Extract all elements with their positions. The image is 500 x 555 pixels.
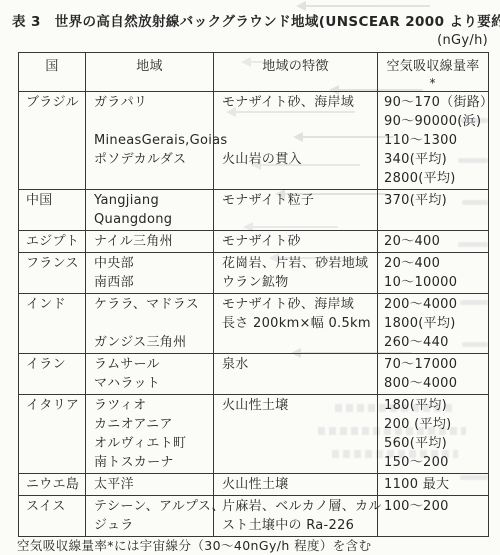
col-header-dose-asterisk: *: [378, 76, 488, 91]
value-cell: 90～170（街路）90～90000(浜)110～1300340(平均)2800…: [378, 92, 489, 190]
country-cell: 中国: [19, 190, 86, 231]
table-row: フランス中央部南西部花崗岩、片岩、砂岩地域ウラン鉱物20～40010～10000: [19, 253, 489, 294]
region-cell: ガラパリ MineasGerais,Goiasポソデカルダス: [86, 92, 214, 190]
country-cell: インド: [19, 294, 86, 354]
cell-line: [222, 333, 375, 352]
feature-cell: 火山性土壌: [214, 395, 378, 474]
footnote: 空気吸収線量率*には宇宙線分（30～40nGy/h 程度）を含む: [17, 536, 371, 554]
cell-line: イタリア: [26, 396, 83, 415]
cell-line: ラツィオ: [94, 396, 211, 415]
cell-line: インド: [26, 295, 83, 314]
cell-line: カニオアニア: [94, 415, 211, 434]
value-cell: 100～200: [378, 496, 489, 537]
cell-line: テシーン、アルプス、: [94, 497, 211, 516]
cell-line: ニウエ島: [26, 475, 83, 494]
cell-line: モナザイト砂、海岸域: [222, 93, 375, 112]
cell-line: 800～4000: [384, 374, 486, 393]
cell-line: マハラット: [94, 374, 211, 393]
cell-line: ブラジル: [26, 93, 83, 112]
cell-line: Quangdong: [94, 210, 211, 229]
cell-line: 花崗岩、片岩、砂岩地域: [222, 254, 375, 273]
value-cell: 70～17000800～4000: [378, 354, 489, 395]
table-row: ブラジルガラパリ MineasGerais,Goiasポソデカルダス モナザイト…: [19, 92, 489, 190]
header-row: 国 地域 地域の特徴 空気吸収線量率 *: [19, 53, 489, 92]
cell-line: 20～400: [384, 232, 486, 251]
value-cell: 200～40001800(平均)260～440: [378, 294, 489, 354]
cell-line: [222, 434, 375, 453]
cell-line: [94, 112, 211, 131]
cell-line: エジプト: [26, 232, 83, 251]
cell-line: [222, 131, 375, 150]
cell-line: ジュラ: [94, 516, 211, 535]
radiation-table: 国 地域 地域の特徴 空気吸収線量率 * ブラジルガラパリ MineasGera…: [18, 52, 489, 537]
cell-line: スイス: [26, 497, 83, 516]
country-cell: イタリア: [19, 395, 86, 474]
col-header-region: 地域: [86, 53, 214, 92]
cell-line: [384, 210, 486, 229]
country-cell: エジプト: [19, 231, 86, 253]
cell-line: [222, 453, 375, 472]
region-cell: 中央部南西部: [86, 253, 214, 294]
cell-line: [384, 516, 486, 535]
cell-line: ケララ、マドラス: [94, 295, 211, 314]
cell-line: ラムサール: [94, 355, 211, 374]
feature-cell: 火山性土壌: [214, 474, 378, 496]
value-cell: 370(平均): [378, 190, 489, 231]
unit-label: (nGy/h): [18, 33, 488, 48]
country-cell: フランス: [19, 253, 86, 294]
feature-cell: モナザイト砂、海岸域長さ 200km×幅 0.5km: [214, 294, 378, 354]
cell-line: 200 (平均): [384, 415, 486, 434]
cell-line: 南西部: [94, 273, 211, 292]
feature-cell: 片麻岩、ベルカノ層、カルスト土壌中の Ra-226: [214, 496, 378, 537]
feature-cell: モナザイト砂: [214, 231, 378, 253]
cell-line: ナイル三角州: [94, 232, 211, 251]
cell-line: [222, 374, 375, 393]
col-header-region-label: 地域: [86, 57, 213, 76]
feature-cell: 泉水: [214, 354, 378, 395]
region-cell: ナイル三角州: [86, 231, 214, 253]
col-header-dose-label: 空気吸収線量率: [378, 57, 488, 76]
value-cell: 20～40010～10000: [378, 253, 489, 294]
table-row: エジプトナイル三角州モナザイト砂20～400: [19, 231, 489, 253]
table-row: イタリアラツィオカニオアニアオルヴィエト町南トスカーナ火山性土壌 180(平均)…: [19, 395, 489, 474]
cell-line: 70～17000: [384, 355, 486, 374]
cell-line: 片麻岩、ベルカノ層、カル: [222, 497, 375, 516]
cell-line: [222, 169, 375, 188]
table-row: イランラムサールマハラット泉水 70～17000800～4000: [19, 354, 489, 395]
cell-line: [222, 210, 375, 229]
cell-line: モナザイト砂、海岸域: [222, 295, 375, 314]
cell-line: 150～200: [384, 453, 486, 472]
col-header-feature-label: 地域の特徴: [214, 57, 377, 76]
feature-cell: 花崗岩、片岩、砂岩地域ウラン鉱物: [214, 253, 378, 294]
cell-line: [222, 415, 375, 434]
value-cell: 1100 最大: [378, 474, 489, 496]
cell-line: Yangjiang: [94, 191, 211, 210]
cell-line: 180(平均): [384, 396, 486, 415]
table-row: 中国YangjiangQuangdongモナザイト粒子 370(平均): [19, 190, 489, 231]
country-cell: イラン: [19, 354, 86, 395]
value-cell: 180(平均)200 (平均)560(平均)150～200: [378, 395, 489, 474]
cell-line: 10～10000: [384, 273, 486, 292]
region-cell: ケララ、マドラス ガンジス三角州: [86, 294, 214, 354]
country-cell: ブラジル: [19, 92, 86, 190]
cell-line: 560(平均): [384, 434, 486, 453]
cell-line: ガンジス三角州: [94, 333, 211, 352]
region-cell: テシーン、アルプス、ジュラ: [86, 496, 214, 537]
cell-line: スト土壌中の Ra-226: [222, 516, 375, 535]
cell-line: 90～170（街路）: [384, 93, 486, 112]
value-cell: 20～400: [378, 231, 489, 253]
cell-line: 200～4000: [384, 295, 486, 314]
region-cell: 太平洋: [86, 474, 214, 496]
cell-line: 泉水: [222, 355, 375, 374]
cell-line: モナザイト粒子: [222, 191, 375, 210]
cell-line: [94, 314, 211, 333]
cell-line: 太平洋: [94, 475, 211, 494]
cell-line: 260～440: [384, 333, 486, 352]
cell-line: 中国: [26, 191, 83, 210]
cell-line: 火山岩の貫入: [222, 150, 375, 169]
cell-line: 340(平均): [384, 150, 486, 169]
col-header-feature: 地域の特徴: [214, 53, 378, 92]
cell-line: 100～200: [384, 497, 486, 516]
cell-line: 火山性土壌: [222, 475, 375, 494]
cell-line: 長さ 200km×幅 0.5km: [222, 314, 375, 333]
table-caption: 表 3 世界の高自然放射線バックグラウンド地域(UNSCEAR 2000 より要…: [12, 10, 500, 30]
table-row: インドケララ、マドラス ガンジス三角州モナザイト砂、海岸域長さ 200km×幅 …: [19, 294, 489, 354]
region-cell: ラムサールマハラット: [86, 354, 214, 395]
feature-cell: モナザイト粒子: [214, 190, 378, 231]
cell-line: ガラパリ: [94, 93, 211, 112]
document-page: 表 3 世界の高自然放射線バックグラウンド地域(UNSCEAR 2000 より要…: [0, 0, 500, 555]
country-cell: ニウエ島: [19, 474, 86, 496]
cell-line: [94, 169, 211, 188]
cell-line: モナザイト砂: [222, 232, 375, 251]
table-body: ブラジルガラパリ MineasGerais,Goiasポソデカルダス モナザイト…: [19, 92, 489, 537]
cell-line: 90～90000(浜): [384, 112, 486, 131]
cell-line: 2800(平均): [384, 169, 486, 188]
cell-line: オルヴィエト町: [94, 434, 211, 453]
cell-line: 1800(平均): [384, 314, 486, 333]
cell-line: 火山性土壌: [222, 396, 375, 415]
bleed-through-arrow: [305, 5, 430, 7]
cell-line: 20～400: [384, 254, 486, 273]
feature-cell: モナザイト砂、海岸域 火山岩の貫入: [214, 92, 378, 190]
cell-line: ウラン鉱物: [222, 273, 375, 292]
cell-line: 110～1300: [384, 131, 486, 150]
cell-line: MineasGerais,Goias: [94, 131, 211, 150]
table-row: スイステシーン、アルプス、ジュラ片麻岩、ベルカノ層、カルスト土壌中の Ra-22…: [19, 496, 489, 537]
cell-line: 1100 最大: [384, 475, 486, 494]
table-row: ニウエ島太平洋火山性土壌1100 最大: [19, 474, 489, 496]
region-cell: ラツィオカニオアニアオルヴィエト町南トスカーナ: [86, 395, 214, 474]
cell-line: フランス: [26, 254, 83, 273]
cell-line: 370(平均): [384, 191, 486, 210]
cell-line: [222, 112, 375, 131]
cell-line: 南トスカーナ: [94, 453, 211, 472]
country-cell: スイス: [19, 496, 86, 537]
region-cell: YangjiangQuangdong: [86, 190, 214, 231]
col-header-dose: 空気吸収線量率 *: [378, 53, 489, 92]
cell-line: 中央部: [94, 254, 211, 273]
cell-line: ポソデカルダス: [94, 150, 211, 169]
col-header-country-label: 国: [19, 57, 85, 76]
cell-line: イラン: [26, 355, 83, 374]
col-header-country: 国: [19, 53, 86, 92]
